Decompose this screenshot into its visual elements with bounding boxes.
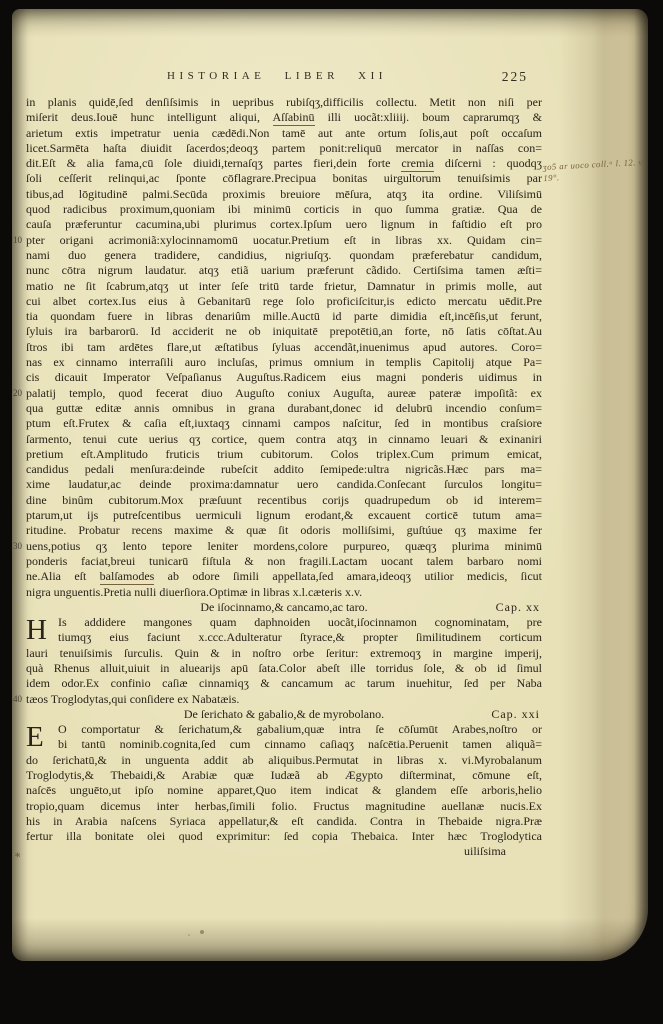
text-line: tibus,ad lōgitudinē palmi.Secūda proximi… [26, 187, 542, 202]
text-line: HIs addidere mangones quam daphnoiden uo… [26, 615, 542, 630]
text-line: quod radicibus proximum,quoniam ibi mini… [26, 202, 542, 217]
text-line: xime laudatur,ac deinde proxima:damnatur… [26, 477, 542, 492]
catchword: uiliſsima [12, 844, 542, 859]
text-line: EO comportatur & ſerichatum,& gabalium,q… [26, 722, 542, 737]
text-line: bi tantū nominib.cognita,ſed cum cinnamo… [26, 737, 542, 752]
text-line: ſtros ibi tam ardētes flare,ut æſtatibus… [26, 340, 542, 355]
text-line: 10pter origani acrimoniã:xylocinnamomū u… [26, 233, 542, 248]
text-line: ſoli ceſſerit relinqui,ac ſponte cōflagr… [26, 171, 542, 186]
ink-underlined-word: Aſſabinū [273, 110, 315, 126]
text-line: ritudine. Probatur recens maxime & quæ ſ… [26, 523, 542, 538]
text-line: tiumqʒ eius faciunt x.ccc.Adulteratur ſt… [26, 630, 542, 645]
page-number: 225 [502, 69, 528, 85]
text-line: cui albet cortex.Ius eius à Gebanitarū r… [26, 294, 542, 309]
ink-underlined-word: cremia [401, 156, 434, 172]
text-line: his in Arabia naſcens Syriaca appellatur… [26, 814, 542, 829]
text-line: lauri tenuiſsimis ſurculis. Quin & in no… [26, 646, 542, 661]
text-line: dine binûm cubitorum.Mox præſuunt recent… [26, 493, 542, 508]
text-line: miſerit deus.Iouē hunc intelligunt aliqu… [26, 110, 542, 125]
text-line: nunc cōtra nigrum laudatur. atqʒ etiã ua… [26, 263, 542, 278]
chapter-number-label: Cap. xx [496, 600, 540, 615]
handwritten-margin-note: ʒo5 ar uoco coll.ᵃ l. 12. v. 19°. [543, 156, 662, 184]
running-title: HISTORIAE LIBER XII [19, 70, 535, 82]
text-line: licet.Sarmēta haſta diuidit ſacerdos;deo… [26, 141, 542, 156]
paper-speck [200, 930, 204, 934]
chapter-heading-text: De ſerichato & gabalio,& de myrobolano. [184, 707, 384, 721]
text-line: ptarum,ut ijs putreſcentibus uermiculi l… [26, 508, 542, 523]
text-line: idem odor.Ex confinio caſiæ cinnamiqʒ & … [26, 676, 542, 691]
chapter-heading: De iſocinnamo,& cancamo,ac taro.Cap. xx [26, 600, 542, 615]
book-page: HISTORIAE LIBER XII 225 in planis quidē,… [12, 9, 648, 961]
text-line: Troglodytis,& Thebaidi,& Arabiæ quæ Iudæ… [26, 768, 542, 783]
text-line: 20palatij templo, quod fecerat diuo Augu… [26, 386, 542, 401]
margin-line-number: 20 [13, 388, 22, 398]
text-block: in planis quidē,ſed denſiſsimis in uepri… [12, 95, 542, 845]
ink-underlined-word: balſamodes [100, 569, 155, 585]
text-line: ſarmento, tenui cute uerius qʒ cortice, … [26, 432, 542, 447]
text-line: qua guttæ editæ annis omnibus in grana d… [26, 401, 542, 416]
text-line: naſcēs unguēto,ut ipſo nomine apparet,Qu… [26, 783, 542, 798]
text-line: ne.Alia eſt balſamodes ab odore ſimili a… [26, 569, 542, 584]
text-line: quà Rhenus alluit,uiuit in aluearijs apū… [26, 661, 542, 676]
text-line: nami duo genera tradidere, candidius, ni… [26, 248, 542, 263]
text-line: cis dicauit Imperator Veſpaſianus Auguſt… [26, 370, 542, 385]
text-line: ponderis faciat,breui tunicarū fiſtula &… [26, 554, 542, 569]
text-line: in planis quidē,ſed denſiſsimis in uepri… [26, 95, 542, 110]
scanned-book-photo: HISTORIAE LIBER XII 225 in planis quidē,… [0, 0, 663, 1024]
text-line: 30uens,potius qʒ lento tepore leniter mo… [26, 539, 542, 554]
text-line: ptum eſt.Frutex & caſia eſt,iuxtaqʒ cinn… [26, 416, 542, 431]
paper-speck [188, 934, 190, 936]
text-line: pretium eſt.Amplitudo fruticis trium cub… [26, 447, 542, 462]
text-line: fertur illa bonitate olei quod exprimitu… [26, 829, 542, 844]
text-line: 40tæos Troglodytas,qui conſidere ex Naba… [26, 692, 542, 707]
margin-line-number: 40 [13, 694, 22, 704]
text-line: ſyluis ira barbarorū. Id acciderit ne ob… [26, 324, 542, 339]
text-line: dit.Eſt & alia fama,cū ſole diuidi,terna… [26, 156, 542, 171]
text-line: nigra unguentis.Pretia nulli diuerſiora.… [26, 585, 542, 600]
text-line: do ſerichatū,& in unguenta addit ab aliq… [26, 753, 542, 768]
chapter-number-label: Cap. xxi [491, 707, 540, 722]
margin-line-number: 30 [13, 541, 22, 551]
text-line: cauſa præferuntur cacumina,ubi plurimus … [26, 217, 542, 232]
text-line: matio ne ſit ſcabrum,atqʒ ut inter ſeſe … [26, 279, 542, 294]
text-line: tia quondam fuere in libras denariûm mil… [26, 309, 542, 324]
text-line: nas ex cinnamo interraſili auro incluſas… [26, 355, 542, 370]
text-line: arietum extis impetratur uenia cædēdi.No… [26, 126, 542, 141]
margin-line-number: 10 [13, 235, 22, 245]
chapter-heading-text: De iſocinnamo,& cancamo,ac taro. [200, 600, 367, 614]
text-line: candidus pedali menſura:deinde rubeſcit … [26, 462, 542, 477]
chapter-heading: De ſerichato & gabalio,& de myrobolano.C… [26, 707, 542, 722]
text-line: tropio,quam dicemus inter herbas,ſimili … [26, 799, 542, 814]
handwritten-asterisk-mark: ⁎ [14, 847, 21, 861]
